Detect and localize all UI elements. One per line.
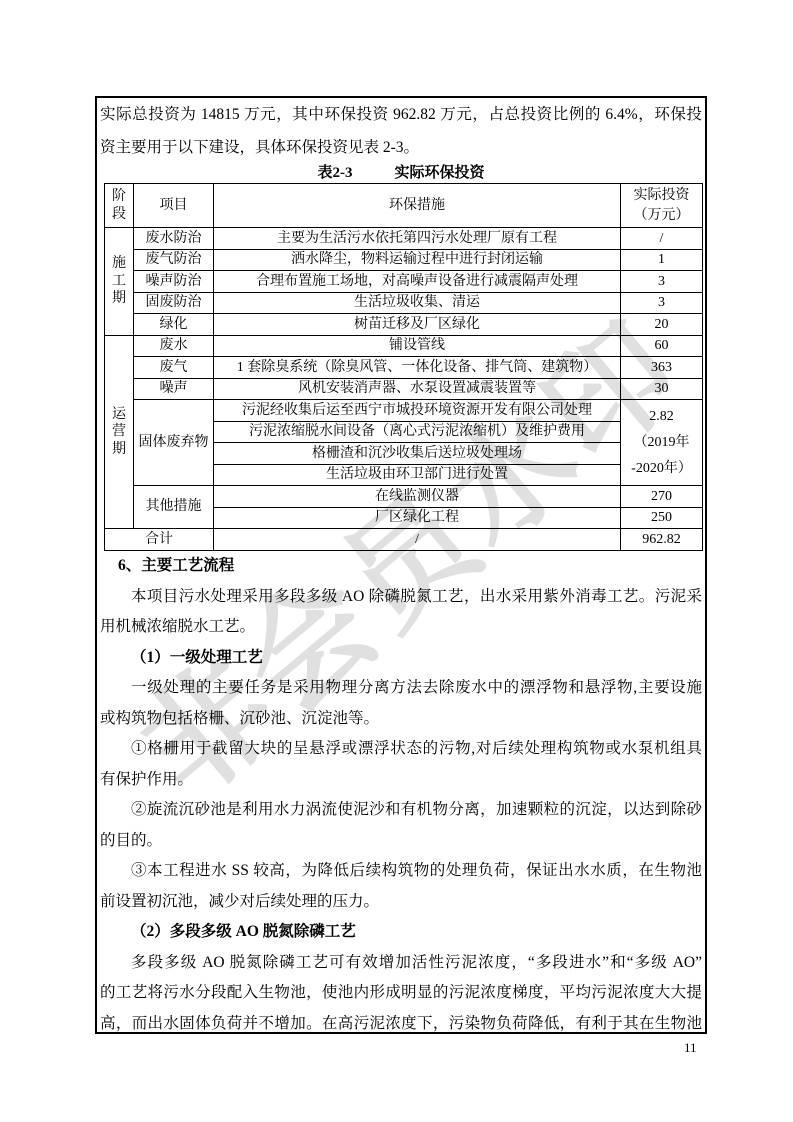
paragraph-line: 的工艺将污水分段配入生物池，使池内形成明显的污泥浓度梯度，平均污泥浓度大大提 (100, 978, 702, 1009)
investment-cell: 60 (621, 335, 703, 357)
paragraph-line: 或构筑物包括格栅、沉砂池、沉淀池等。 (100, 704, 702, 735)
paragraph-line: 高，而出水固体负荷并不增加。在高污泥浓度下，污染物负荷降低，有利于其在生物池 (100, 1009, 702, 1040)
paragraph-line: 有保护作用。 (100, 765, 702, 796)
paragraph-line: ②旋流沉砂池是利用水力涡流使泥沙和有机物分离，加速颗粒的沉淀，以达到除砂 (100, 795, 702, 826)
measure-cell: 主要为生活污水依托第四污水处理厂原有工程 (214, 228, 621, 250)
investment-cell: 3 (621, 271, 703, 293)
investment-cell: 1 (621, 249, 703, 271)
investment-cell-solid-waste: 2.82 （2019年 -2020年） (621, 400, 703, 486)
measure-cell: 生活垃圾由环卫部门进行处置 (214, 464, 621, 486)
measure-cell: 污泥浓缩脱水间设备（离心式污泥浓缩机）及维护费用 (214, 421, 621, 443)
table-caption-label: 表2-3 (317, 165, 352, 181)
investment-cell: / (621, 228, 703, 250)
measure-cell: 厂区绿化工程 (214, 507, 621, 529)
table-caption-title: 实际环保投资 (394, 165, 484, 181)
item-cell-other-measures: 其他措施 (134, 486, 214, 529)
item-cell: 绿化 (134, 314, 214, 336)
paragraph-line: 的目的。 (100, 826, 702, 857)
item-cell: 噪声 (134, 378, 214, 400)
section-heading: 6、主要工艺流程 (100, 551, 702, 582)
total-investment-cell: 962.82 (621, 529, 703, 551)
item-cell: 废气 (134, 357, 214, 379)
measure-cell: 树苗迁移及厂区绿化 (214, 314, 621, 336)
measure-cell: 污泥经收集后运至西宁市城投环境资源开发有限公司处理 (214, 400, 621, 422)
measure-cell: 在线监测仪器 (214, 486, 621, 508)
investment-cell: 250 (621, 507, 703, 529)
content-area: 实际总投资为 14815 万元，其中环保投资 962.82 万元，占总投资比例的… (95, 96, 707, 1034)
investment-table: 阶段 项目 环保措施 实际投资 （万元） 施工期 废水防治 主要为生活污水依托第… (104, 183, 703, 551)
header-cell-investment: 实际投资 （万元） (621, 184, 703, 228)
header-cell-measure: 环保措施 (214, 184, 621, 228)
measure-cell: 风机安装消声器、水泵设置减震装置等 (214, 378, 621, 400)
table-row: 其他措施 在线监测仪器 270 (105, 486, 703, 508)
paragraph-line: 用机械浓缩脱水工艺。 (100, 612, 702, 643)
table-row: 废气 1 套除臭系统（除臭风管、一体化设备、排气筒、建筑物） 363 (105, 357, 703, 379)
body-text: 6、主要工艺流程 本项目污水处理采用多段多级 AO 除磷脱氮工艺，出水采用紫外消… (100, 551, 702, 1039)
table-row: 施工期 废水防治 主要为生活污水依托第四污水处理厂原有工程 / (105, 228, 703, 250)
table-caption: 表2-3实际环保投资 (100, 164, 702, 182)
paragraph-line: 资主要用于以下建设，具体环保投资见表 2-3。 (100, 131, 702, 164)
measure-cell: 格栅渣和沉沙收集后送垃圾处理场 (214, 443, 621, 465)
table-row: 绿化 树苗迁移及厂区绿化 20 (105, 314, 703, 336)
paragraph-line: ①格栅用于截留大块的呈悬浮或漂浮状态的污物,对后续处理构筑物或水泵机组具 (100, 734, 702, 765)
subsection-heading: （1）一级处理工艺 (100, 643, 702, 674)
subsection-heading: （2）多段多级 AO 脱氮除磷工艺 (100, 917, 702, 948)
measure-cell: 铺设管线 (214, 335, 621, 357)
paragraph-line: 本项目污水处理采用多段多级 AO 除磷脱氮工艺，出水采用紫外消毒工艺。污泥采 (100, 582, 702, 613)
table-row: 噪声防治 合理布置施工场地，对高噪声设备进行减震隔声处理 3 (105, 271, 703, 293)
paragraph-line: 一级处理的主要任务是采用物理分离方法去除废水中的漂浮物和悬浮物,主要设施 (100, 673, 702, 704)
investment-cell: 20 (621, 314, 703, 336)
item-cell: 固废防治 (134, 292, 214, 314)
item-cell: 废水 (134, 335, 214, 357)
item-cell: 废水防治 (134, 228, 214, 250)
total-measure-cell: / (214, 529, 621, 551)
item-cell: 废气防治 (134, 249, 214, 271)
item-cell: 噪声防治 (134, 271, 214, 293)
table-total-row: 合计 / 962.82 (105, 529, 703, 551)
phase-cell-construction: 施工期 (105, 228, 134, 336)
table-header-row: 阶段 项目 环保措施 实际投资 （万元） (105, 184, 703, 228)
investment-cell: 363 (621, 357, 703, 379)
measure-cell: 洒水降尘，物料运输过程中进行封闭运输 (214, 249, 621, 271)
total-label-cell: 合计 (105, 529, 214, 551)
header-cell-item: 项目 (134, 184, 214, 228)
paragraph-line: 实际总投资为 14815 万元，其中环保投资 962.82 万元，占总投资比例的… (100, 98, 702, 131)
investment-cell: 3 (621, 292, 703, 314)
paragraph-line: ③本工程进水 SS 较高，为降低后续构筑物的处理负荷，保证出水水质，在生物池 (100, 856, 702, 887)
item-cell-solid-waste: 固体废弃物 (134, 400, 214, 486)
document-page: 非会员水印 实际总投资为 14815 万元，其中环保投资 962.82 万元，占… (0, 0, 793, 1122)
phase-cell-operation: 运营期 (105, 335, 134, 529)
investment-cell: 270 (621, 486, 703, 508)
table-row: 固废防治 生活垃圾收集、清运 3 (105, 292, 703, 314)
table-row: 运营期 废水 铺设管线 60 (105, 335, 703, 357)
measure-cell: 1 套除臭系统（除臭风管、一体化设备、排气筒、建筑物） (214, 357, 621, 379)
paragraph-line: 前设置初沉池，减少对后续处理的压力。 (100, 887, 702, 918)
header-cell-phase: 阶段 (105, 184, 134, 228)
measure-cell: 生活垃圾收集、清运 (214, 292, 621, 314)
measure-cell: 合理布置施工场地，对高噪声设备进行减震隔声处理 (214, 271, 621, 293)
page-number: 11 (684, 1040, 697, 1056)
paragraph-line: 多段多级 AO 脱氮除磷工艺可有效增加活性污泥浓度，“多段进水”和“多级 AO” (100, 948, 702, 979)
table-row: 噪声 风机安装消声器、水泵设置减震装置等 30 (105, 378, 703, 400)
table-row: 废气防治 洒水降尘，物料运输过程中进行封闭运输 1 (105, 249, 703, 271)
investment-cell: 30 (621, 378, 703, 400)
table-row: 固体废弃物 污泥经收集后运至西宁市城投环境资源开发有限公司处理 2.82 （20… (105, 400, 703, 422)
intro-paragraph: 实际总投资为 14815 万元，其中环保投资 962.82 万元，占总投资比例的… (100, 98, 702, 164)
